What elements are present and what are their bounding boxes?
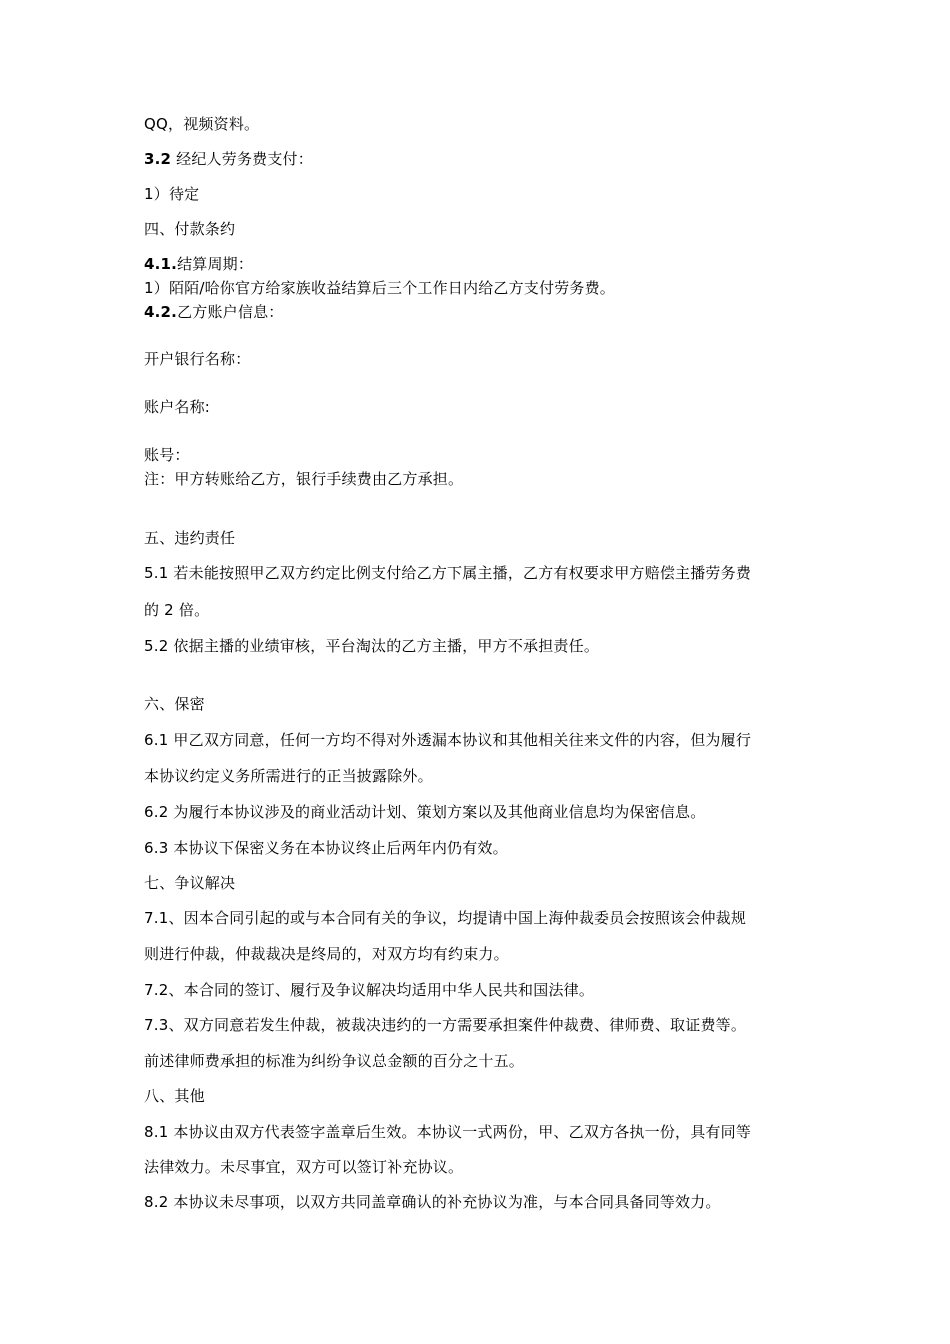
bank-fee-note: 注：甲方转账给乙方，银行手续费由乙方承担。: [144, 469, 463, 489]
section-8-heading: 八、其他: [144, 1086, 205, 1106]
line-text: 结算周期：: [177, 255, 253, 273]
clause-3-2-heading: 3.2 经纪人劳务费支付：: [144, 149, 313, 169]
line-text: 开户银行名称：: [144, 350, 250, 368]
document-page: QQ，视频资料。 3.2 经纪人劳务费支付： 1）待定 四、付款条约 4.1.结…: [0, 0, 950, 1344]
line-text: 四、付款条约: [144, 220, 235, 238]
line-text: 六、保密: [144, 695, 205, 713]
line-text: 7.1、因本合同引起的或与本合同有关的争议，均提请中国上海仲裁委员会按照该会仲裁…: [144, 909, 746, 927]
line-text: 前述律师费承担的标准为纠纷争议总金额的百分之十五。: [144, 1052, 524, 1070]
line-text: 7.3、双方同意若发生仲裁，被裁决违约的一方需要承担案件仲裁费、律师费、取证费等…: [144, 1016, 746, 1034]
line-text: 五、违约责任: [144, 529, 235, 547]
clause-7-3-line-2: 前述律师费承担的标准为纠纷争议总金额的百分之十五。: [144, 1051, 524, 1071]
account-number-field: 账号：: [144, 445, 190, 465]
line-text: 8.2 本协议未尽事项，以双方共同盖章确认的补充协议为准，与本合同具备同等效力。: [144, 1193, 721, 1211]
clause-6-2: 6.2 为履行本协议涉及的商业活动计划、策划方案以及其他商业信息均为保密信息。: [144, 802, 705, 822]
clause-7-1-line-1: 7.1、因本合同引起的或与本合同有关的争议，均提请中国上海仲裁委员会按照该会仲裁…: [144, 908, 746, 928]
line-text: 法律效力。未尽事宜，双方可以签订补充协议。: [144, 1158, 463, 1176]
clause-6-1-line-1: 6.1 甲乙双方同意，任何一方均不得对外透漏本协议和其他相关往来文件的内容，但为…: [144, 730, 751, 750]
clause-5-2: 5.2 依据主播的业绩审核，平台淘汰的乙方主播，甲方不承担责任。: [144, 636, 599, 656]
line-text: 八、其他: [144, 1087, 205, 1105]
section-6-heading: 六、保密: [144, 694, 205, 714]
clause-4-2-heading: 4.2.乙方账户信息：: [144, 302, 283, 322]
line-text: 经纪人劳务费支付：: [171, 150, 313, 168]
line-text: 5.1 若未能按照甲乙双方约定比例支付给乙方下属主播，乙方有权要求甲方赔偿主播劳…: [144, 564, 751, 582]
line-text: 的 2 倍。: [144, 601, 209, 619]
line-text: 账户名称:: [144, 398, 210, 416]
line-text: 7.2、本合同的签订、履行及争议解决均适用中华人民共和国法律。: [144, 981, 594, 999]
clause-4-1-heading: 4.1.结算周期：: [144, 254, 253, 274]
line-text: 1）陌陌/哈你官方给家族收益结算后三个工作日内给乙方支付劳务费。: [144, 279, 615, 297]
line-qq-video: QQ，视频资料。: [144, 114, 259, 134]
section-5-heading: 五、违约责任: [144, 528, 235, 548]
line-text: 七、争议解决: [144, 874, 235, 892]
line-text: 8.1 本协议由双方代表签字盖章后生效。本协议一式两份，甲、乙双方各执一份，具有…: [144, 1123, 751, 1141]
clause-7-2: 7.2、本合同的签订、履行及争议解决均适用中华人民共和国法律。: [144, 980, 594, 1000]
line-text: 账号：: [144, 446, 190, 464]
clause-6-3: 6.3 本协议下保密义务在本协议终止后两年内仍有效。: [144, 838, 508, 858]
section-4-heading: 四、付款条约: [144, 219, 235, 239]
line-text: QQ，视频资料。: [144, 115, 259, 133]
account-name-field: 账户名称:: [144, 397, 210, 417]
clause-number: 4.2.: [144, 303, 177, 321]
line-text: 乙方账户信息：: [177, 303, 283, 321]
section-7-heading: 七、争议解决: [144, 873, 235, 893]
clause-6-1-line-2: 本协议约定义务所需进行的正当披露除外。: [144, 766, 433, 786]
clause-7-1-line-2: 则进行仲裁，仲裁裁决是终局的，对双方均有约束力。: [144, 944, 509, 964]
clause-7-3-line-1: 7.3、双方同意若发生仲裁，被裁决违约的一方需要承担案件仲裁费、律师费、取证费等…: [144, 1015, 746, 1035]
clause-number: 3.2: [144, 150, 171, 168]
bank-name-field: 开户银行名称：: [144, 349, 250, 369]
clause-5-1-line-1: 5.1 若未能按照甲乙双方约定比例支付给乙方下属主播，乙方有权要求甲方赔偿主播劳…: [144, 563, 751, 583]
clause-4-1-item-1: 1）陌陌/哈你官方给家族收益结算后三个工作日内给乙方支付劳务费。: [144, 278, 615, 298]
clause-8-2: 8.2 本协议未尽事项，以双方共同盖章确认的补充协议为准，与本合同具备同等效力。: [144, 1192, 721, 1212]
clause-5-1-line-2: 的 2 倍。: [144, 600, 209, 620]
line-text: 6.3 本协议下保密义务在本协议终止后两年内仍有效。: [144, 839, 508, 857]
clause-8-1-line-2: 法律效力。未尽事宜，双方可以签订补充协议。: [144, 1157, 463, 1177]
line-text: 6.2 为履行本协议涉及的商业活动计划、策划方案以及其他商业信息均为保密信息。: [144, 803, 705, 821]
clause-number: 4.1.: [144, 255, 177, 273]
line-text: 5.2 依据主播的业绩审核，平台淘汰的乙方主播，甲方不承担责任。: [144, 637, 599, 655]
line-text: 本协议约定义务所需进行的正当披露除外。: [144, 767, 433, 785]
clause-8-1-line-1: 8.1 本协议由双方代表签字盖章后生效。本协议一式两份，甲、乙双方各执一份，具有…: [144, 1122, 751, 1142]
line-text: 则进行仲裁，仲裁裁决是终局的，对双方均有约束力。: [144, 945, 509, 963]
line-text: 注：甲方转账给乙方，银行手续费由乙方承担。: [144, 470, 463, 488]
line-text: 1）待定: [144, 185, 199, 203]
line-text: 6.1 甲乙双方同意，任何一方均不得对外透漏本协议和其他相关往来文件的内容，但为…: [144, 731, 751, 749]
clause-3-2-item-1: 1）待定: [144, 184, 199, 204]
